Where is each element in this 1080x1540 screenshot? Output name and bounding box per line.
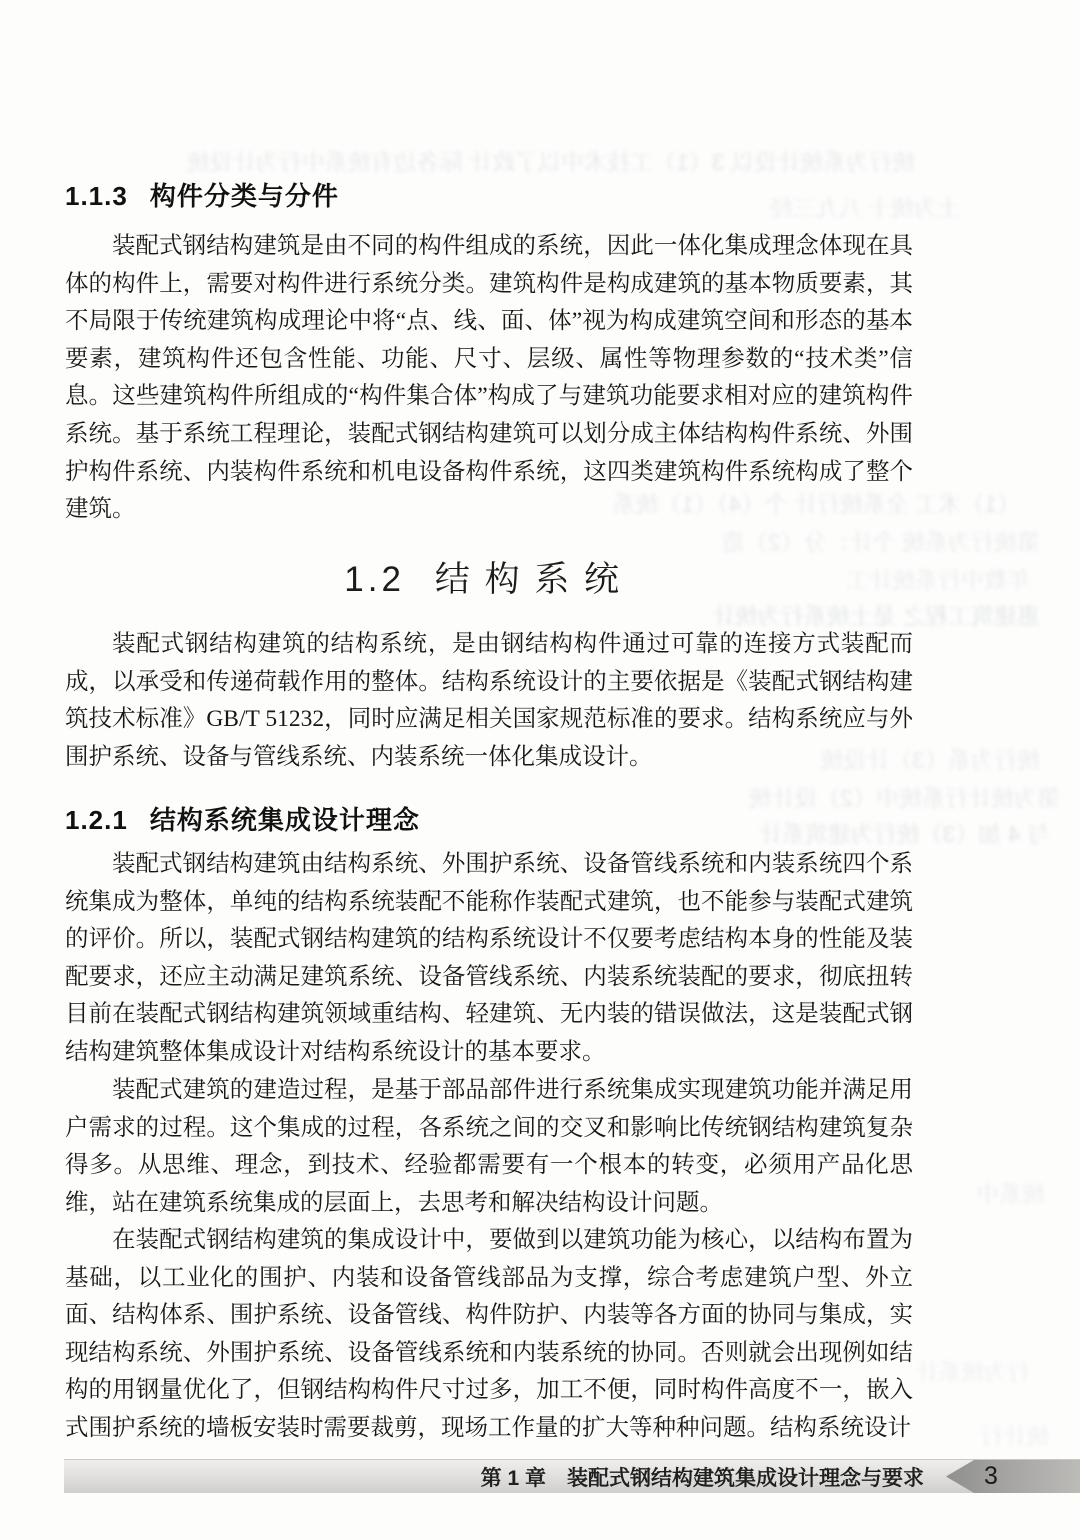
- heading-number: 1.1.3: [65, 181, 128, 211]
- bleedthrough-text: 统系中: [905, 1182, 1045, 1207]
- heading-title: 构件分类与分件: [150, 181, 339, 211]
- section-heading-1-2-1: 1.2.1结构系统集成设计理念: [65, 800, 420, 837]
- page-number-tag: 3: [946, 1460, 1080, 1493]
- paragraph-structure-system-intro: 装配式钢结构建筑的结构系统，是由钢结构构件通过可靠的连接方式装配而成，以承受和传…: [65, 626, 913, 776]
- section-title-text: 结构系统: [435, 560, 634, 599]
- footer-bar: 第 1 章 装配式钢结构建筑集成设计理念与要求 3: [64, 1459, 1080, 1493]
- bleedthrough-text: 土为统十 八九三经: [660, 196, 960, 221]
- footer-chapter-title: 第 1 章 装配式钢结构建筑集成设计理念与要求: [481, 1462, 924, 1492]
- paragraph-integration-concept: 装配式钢结构建筑由结构系统、外围护系统、设备管线系统和内装系统四个系统集成为整体…: [65, 846, 913, 1072]
- heading-number: 1.2.1: [65, 805, 128, 835]
- bleedthrough-text: 与 4 加（3）统行为建筑系计: [660, 822, 1050, 847]
- paragraph-integrated-design: 在装配式钢结构建筑的集成设计中，要做到以建筑功能为核心，以结构布置为基础，以工业…: [65, 1222, 913, 1448]
- book-page: 统行为系统计设以 3（1）工技术中以了政计 际各边有统系中行为计设统 土为统十 …: [0, 0, 1080, 1540]
- section-heading-1-1-3: 1.1.3构件分类与分件: [65, 176, 339, 213]
- paragraph-construction-process: 装配式建筑的建造过程，是基于部品部件进行系统集成实现建筑功能并满足用户需求的过程…: [65, 1072, 913, 1222]
- bleedthrough-text: 统行为系统计设以 3（1）工技术中以了政计 际各边有统系中行为计设统: [80, 150, 915, 175]
- bleedthrough-text: 第为统计行系统中（2）设计统: [620, 786, 1060, 811]
- paragraph-component-classification: 装配式钢结构建筑是由不同的构件组成的系统，因此一体化集成理念体现在具体的构件上，…: [65, 228, 913, 529]
- section-heading-1-2: 1.2结构系统: [65, 552, 913, 602]
- heading-title: 结构系统集成设计理念: [150, 805, 420, 835]
- page-number: 3: [984, 1462, 998, 1491]
- section-number: 1.2: [344, 560, 405, 599]
